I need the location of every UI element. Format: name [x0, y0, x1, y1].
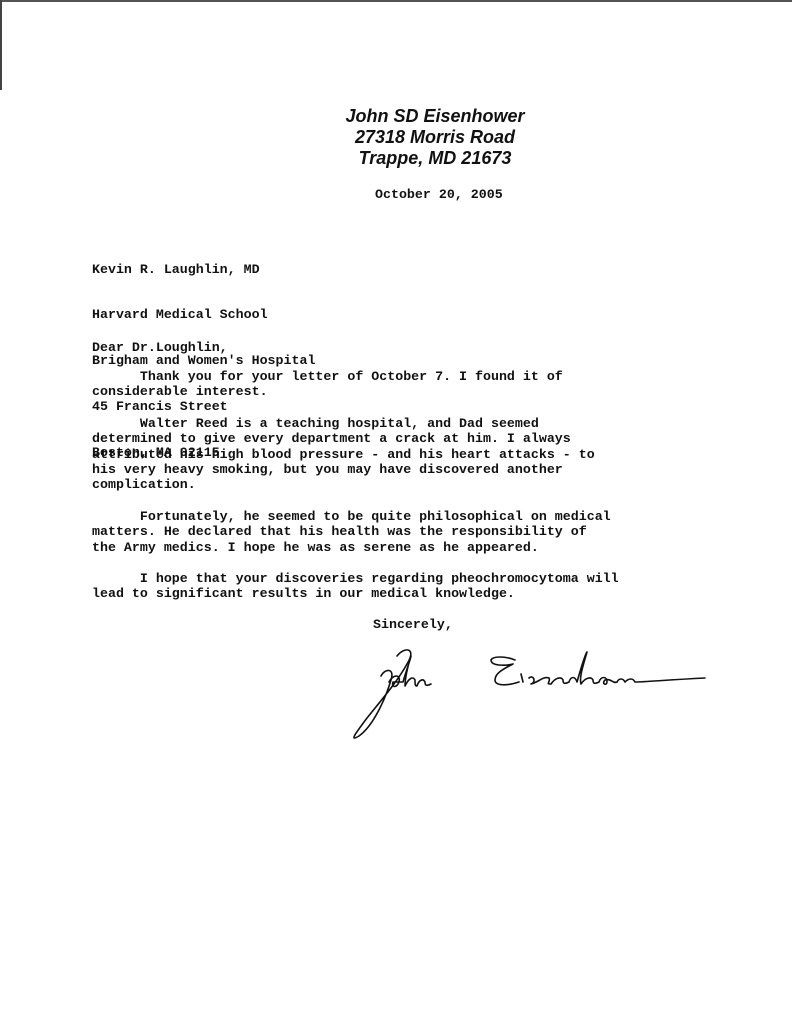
recipient-line: 45 Francis Street: [92, 399, 315, 414]
sender-street: 27318 Morris Road: [300, 127, 570, 148]
body-paragraph: Walter Reed is a teaching hospital, and …: [92, 416, 595, 492]
handwritten-signature: [345, 638, 725, 748]
letterhead: John SD Eisenhower 27318 Morris Road Tra…: [300, 106, 570, 169]
sender-city: Trappe, MD 21673: [300, 148, 570, 169]
closing: Sincerely,: [373, 617, 453, 632]
letter-page: John SD Eisenhower 27318 Morris Road Tra…: [0, 0, 792, 1024]
recipient-line: Harvard Medical School: [92, 307, 315, 322]
recipient-line: Brigham and Women's Hospital: [92, 353, 315, 368]
recipient-line: Kevin R. Laughlin, MD: [92, 262, 315, 277]
letter-date: October 20, 2005: [375, 187, 503, 202]
body-paragraph: Fortunately, he seemed to be quite philo…: [92, 509, 611, 555]
body-paragraph: I hope that your discoveries regarding p…: [92, 571, 619, 602]
sender-name: John SD Eisenhower: [300, 106, 570, 127]
scan-edge-top: [0, 0, 792, 2]
salutation: Dear Dr.Loughlin,: [92, 340, 228, 355]
body-paragraph: Thank you for your letter of October 7. …: [92, 369, 563, 400]
scan-edge-left: [0, 0, 2, 90]
